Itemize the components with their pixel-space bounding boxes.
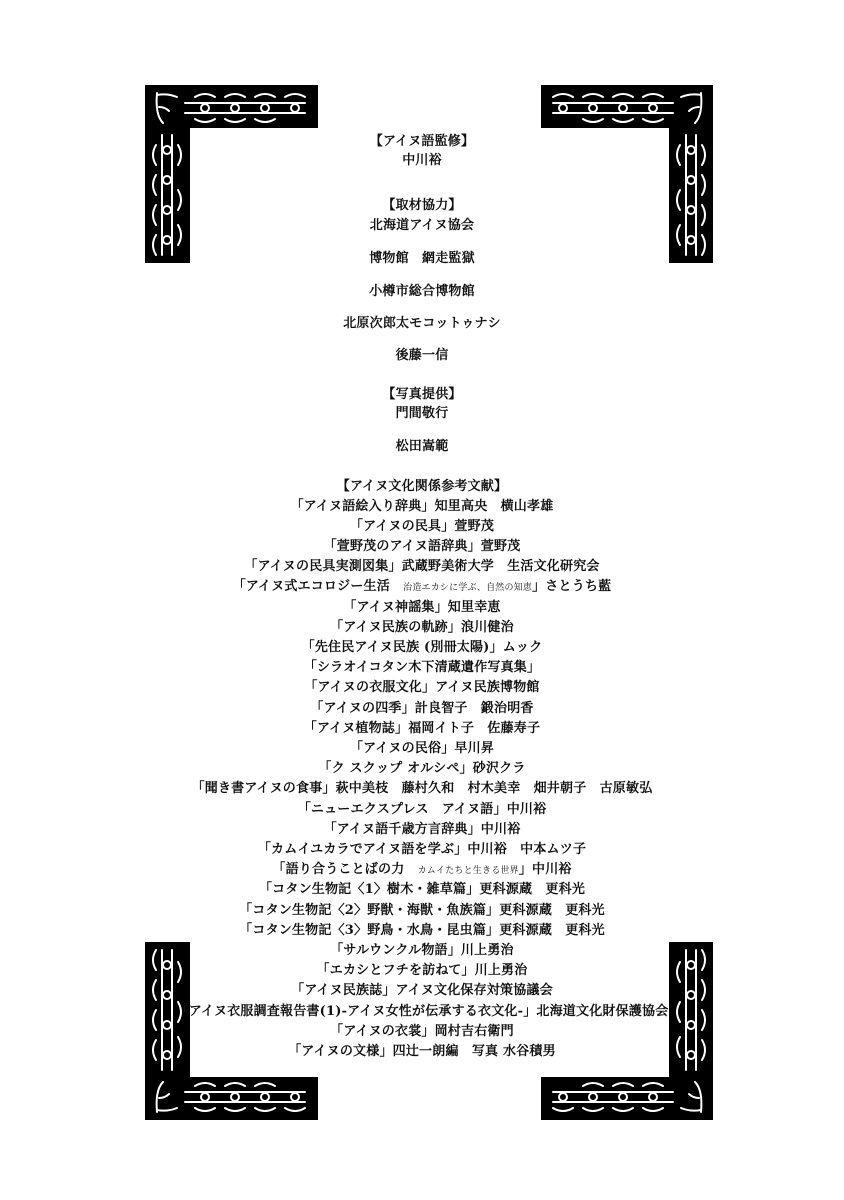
reference-item: 「アイヌ植物誌」福岡イト子 佐藤寿子 xyxy=(0,720,844,738)
reference-item: 「萱野茂のアイヌ語辞典」萱野茂 xyxy=(0,538,844,556)
reference-item: 「サルウンクル物語」川上勇治 xyxy=(0,942,844,960)
credit-name: 小樽市総合博物館 xyxy=(0,283,844,301)
reference-item: 「アイヌの衣裳」岡村吉右衛門 xyxy=(0,1023,844,1041)
section-heading-coverage-cooperation: 【取材協力】 xyxy=(0,197,844,215)
reference-item: 「アイヌの民具実測図集」武蔵野美術大学 生活文化研究会 xyxy=(0,558,844,576)
reference-item: 「カムイユカラでアイヌ語を学ぶ」中川裕 中本ムツ子 xyxy=(0,841,844,859)
reference-item: 「アイヌの四季」計良智子 鍛治明香 xyxy=(0,700,844,718)
ainu-pattern-corner-top-right-icon xyxy=(541,85,713,263)
reference-item: 「アイヌ神謡集」知里幸恵 xyxy=(0,599,844,617)
credit-name: 北海道アイヌ協会 xyxy=(0,217,844,235)
credit-name: 北原次郎太モコットゥナシ xyxy=(0,315,844,333)
reference-subtitle: 治造エカシに学ぶ、自然の知恵 xyxy=(403,583,532,593)
reference-subtitle: カムイたちと生きる世界 xyxy=(418,866,519,876)
reference-item: 「アイヌの民俗」早川昇 xyxy=(0,740,844,758)
reference-item: 「コタン生物記〈3〉野鳥・水鳥・昆虫篇」更科源蔵 更科光 xyxy=(0,922,844,940)
reference-item: 「聞き書アイヌの食事」萩中美枝 藤村久和 村木美幸 畑井朝子 古原敏弘 xyxy=(0,780,844,798)
reference-item: 「アイヌ語千歳方言辞典」中川裕 xyxy=(0,821,844,839)
credit-name: 中川裕 xyxy=(0,152,844,170)
reference-item: 「アイヌ民族誌」アイヌ文化保存対策協議会 xyxy=(0,982,844,1000)
credit-name: 博物館 網走監獄 xyxy=(0,250,844,268)
reference-item: 「先住民アイヌ民族 (別冊太陽)」ムック xyxy=(0,639,844,657)
ainu-pattern-corner-top-left-icon xyxy=(145,85,318,263)
reference-item: 「コタン生物記〈2〉野獣・海獣・魚族篇」更科源蔵 更科光 xyxy=(0,902,844,920)
reference-item: 「アイヌの民具」萱野茂 xyxy=(0,518,844,536)
credit-name: 門間敬行 xyxy=(0,405,844,423)
reference-title-end: 」さとうち藍 xyxy=(532,579,611,594)
reference-item: 「ニューエクスプレス アイヌ語」中川裕 xyxy=(0,801,844,819)
reference-item: 「語り合うことばの力 カムイたちと生きる世界」中川裕 xyxy=(0,861,844,880)
reference-item: 「アイヌの衣服文化」アイヌ民族博物館 xyxy=(0,679,844,697)
section-heading-language-supervision: 【アイヌ語監修】 xyxy=(0,133,844,151)
reference-item: 「アイヌの文様」四辻一朗編 写真 水谷積男 xyxy=(0,1043,844,1061)
reference-item: 「ク スクップ オルシペ」砂沢クラ xyxy=(0,760,844,778)
credit-name: 後藤一信 xyxy=(0,347,844,365)
reference-item: 「アイヌ語絵入り辞典」知里高央 横山孝雄 xyxy=(0,498,844,516)
reference-title-start: 「語り合うことばの力 xyxy=(272,862,417,877)
reference-item: 「アイヌ衣服調査報告書(1)-アイヌ女性が伝承する衣文化-」北海道文化財保護協会 xyxy=(0,1003,844,1021)
reference-title-end: 」中川裕 xyxy=(519,862,572,877)
section-heading-photo-credits: 【写真提供】 xyxy=(0,386,844,404)
section-heading-references: 【アイヌ文化関係参考文献】 xyxy=(0,478,844,496)
reference-item: 「アイヌ民族の軌跡」浪川健治 xyxy=(0,619,844,637)
reference-title-start: 「アイヌ式エコロジー生活 xyxy=(233,579,403,594)
reference-item: 「アイヌ式エコロジー生活 治造エカシに学ぶ、自然の知恵」さとうち藍 xyxy=(0,578,844,597)
reference-item: 「コタン生物記〈1〉樹木・雑草篇」更科源蔵 更科光 xyxy=(0,881,844,899)
reference-item: 「エカシとフチを訪ねて」川上勇治 xyxy=(0,962,844,980)
reference-item: 「シラオイコタン木下清蔵遺作写真集」 xyxy=(0,659,844,677)
credit-name: 松田嵩範 xyxy=(0,438,844,456)
